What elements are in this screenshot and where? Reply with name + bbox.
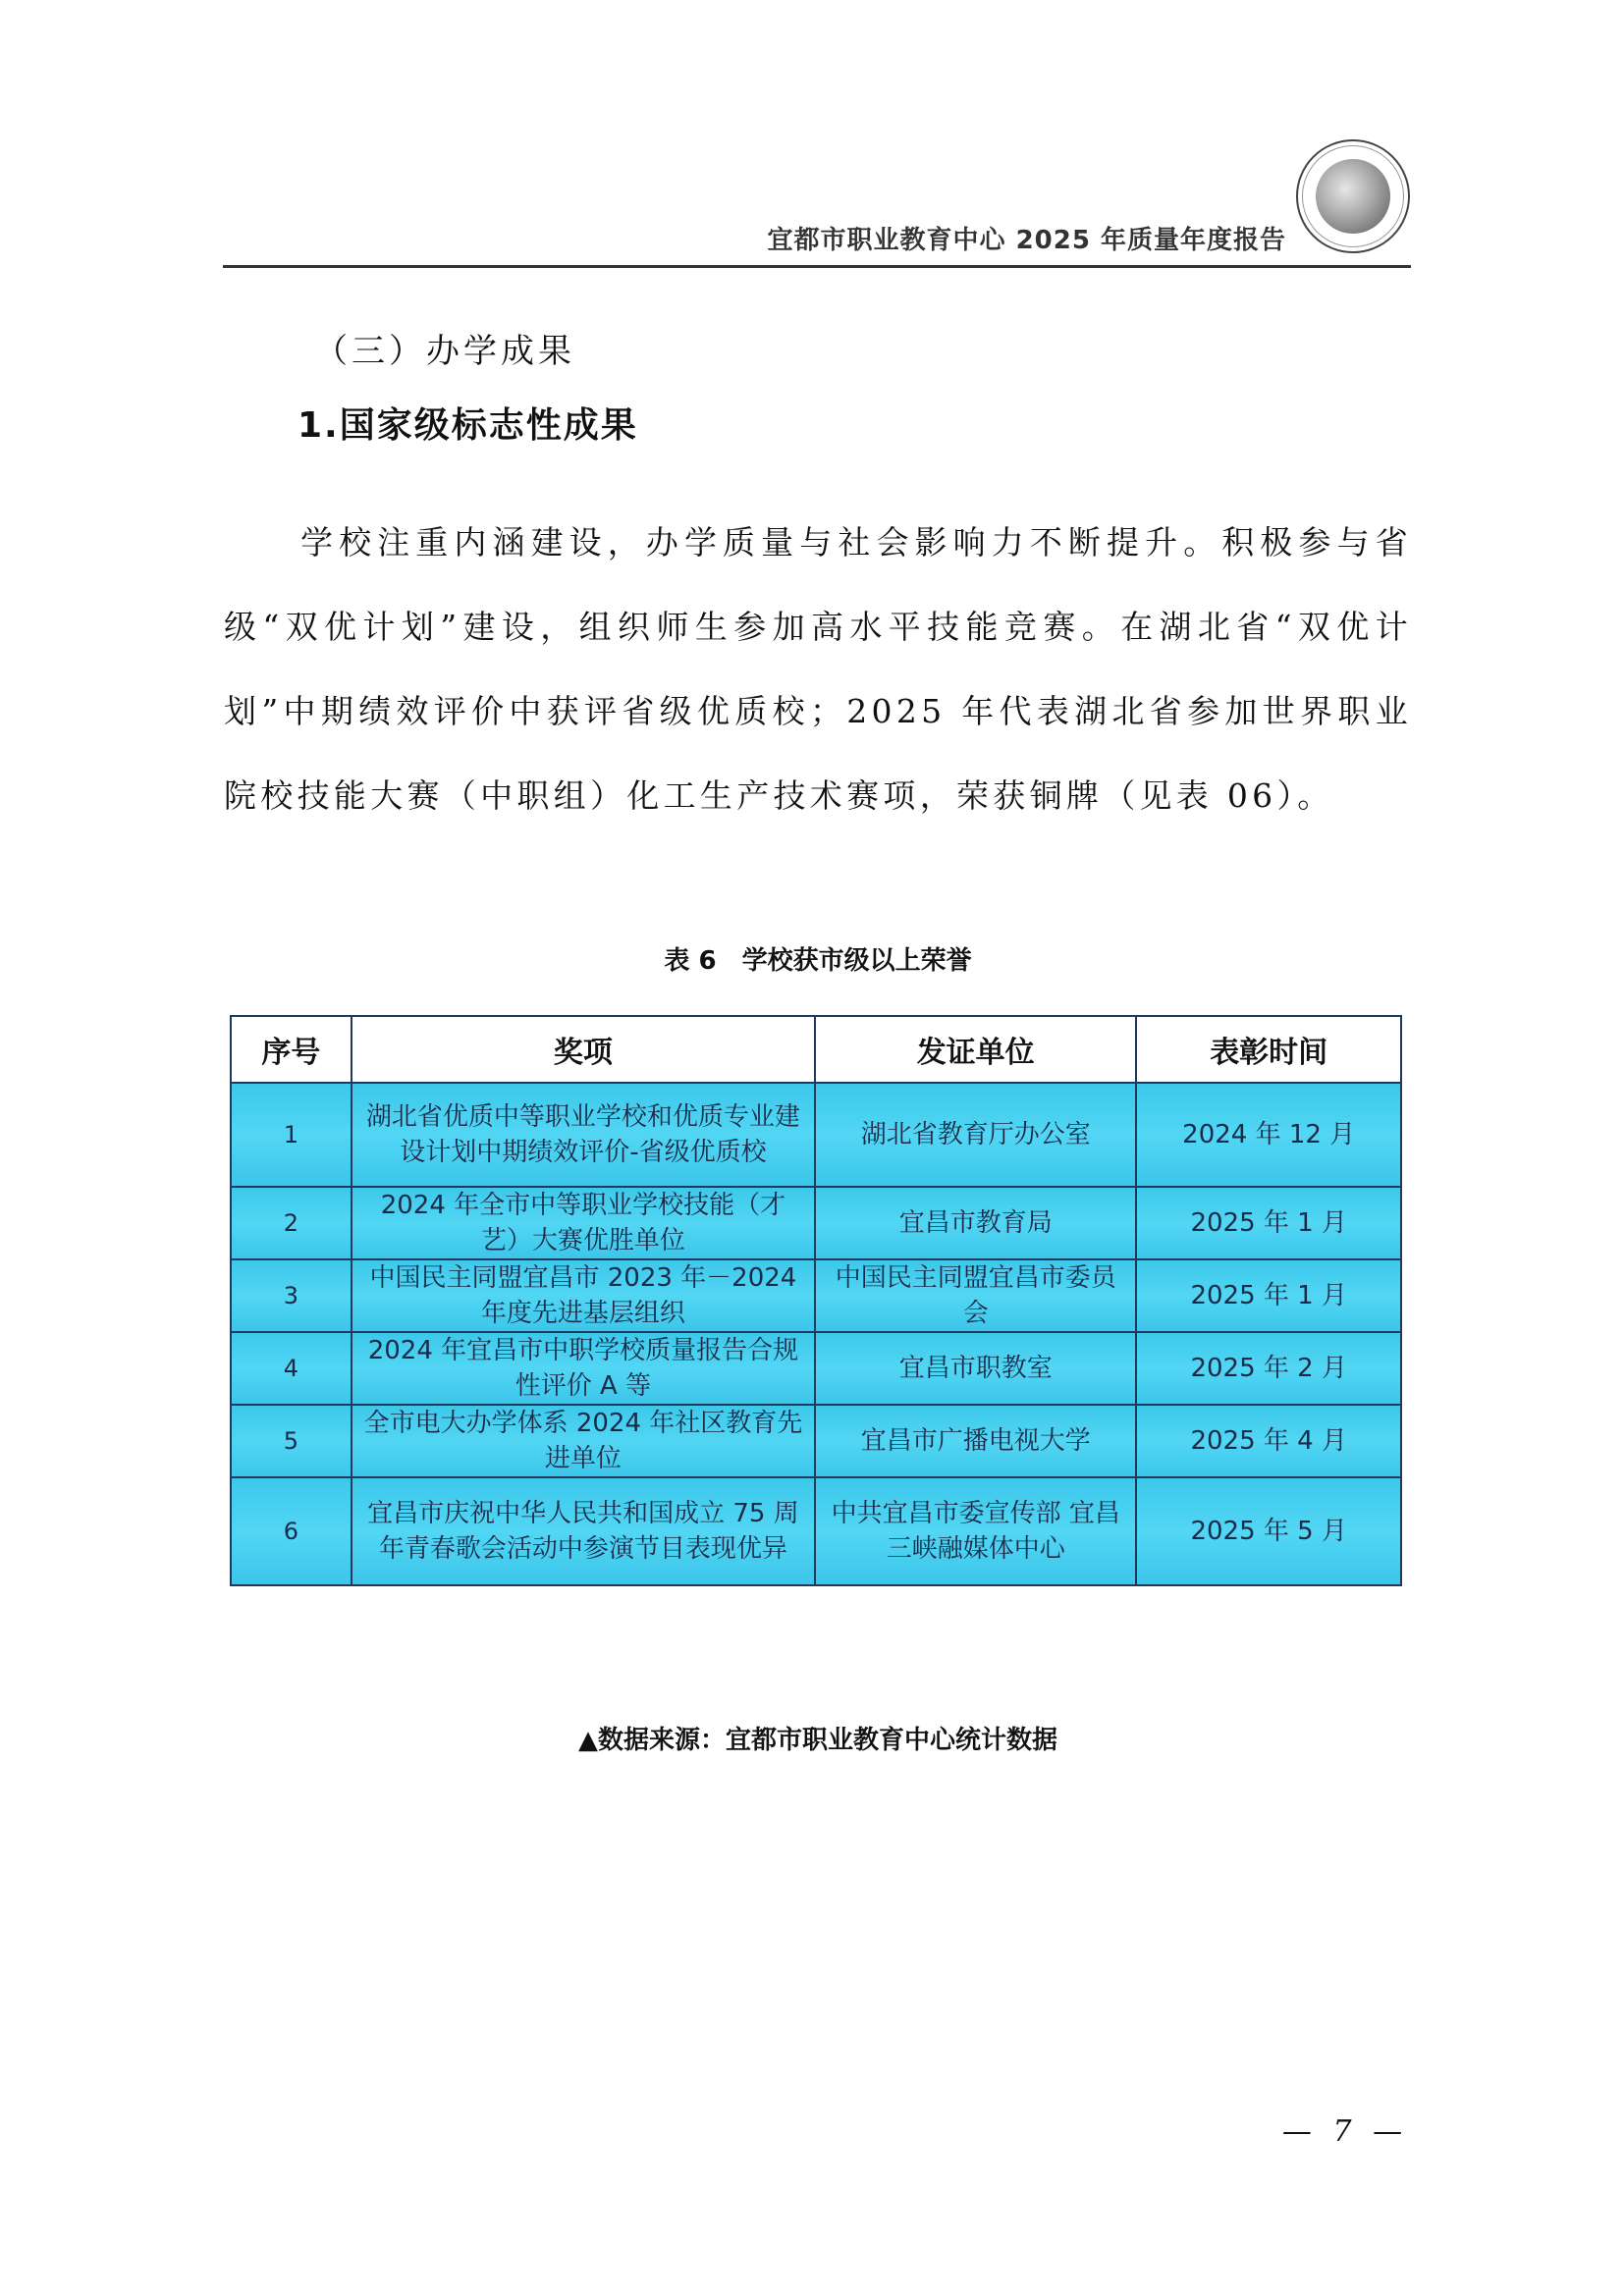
cell-date: 2025 年 4 月 — [1136, 1405, 1401, 1477]
cell-issuer: 中国民主同盟宜昌市委员会 — [815, 1259, 1136, 1332]
running-header-title: 宜都市职业教育中心 2025 年质量年度报告 — [687, 220, 1286, 256]
table-caption: 表 6 学校获市级以上荣誉 — [224, 940, 1412, 977]
cell-issuer: 宜昌市教育局 — [815, 1187, 1136, 1259]
cell-seq: 1 — [231, 1083, 352, 1187]
school-seal-icon — [1296, 139, 1410, 253]
cell-issuer: 湖北省教育厅办公室 — [815, 1083, 1136, 1187]
seal-center — [1316, 159, 1390, 234]
column-header-seq: 序号 — [231, 1016, 352, 1083]
cell-issuer: 中共宜昌市委宣传部 宜昌三峡融媒体中心 — [815, 1477, 1136, 1585]
table-row: 2 2024 年全市中等职业学校技能（才艺）大赛优胜单位 宜昌市教育局 2025… — [231, 1187, 1401, 1259]
cell-seq: 4 — [231, 1332, 352, 1405]
column-header-date: 表彰时间 — [1136, 1016, 1401, 1083]
table-row: 3 中国民主同盟宜昌市 2023 年－2024 年度先进基层组织 中国民主同盟宜… — [231, 1259, 1401, 1332]
column-header-award: 奖项 — [352, 1016, 815, 1083]
cell-seq: 2 — [231, 1187, 352, 1259]
table-row: 6 宜昌市庆祝中华人民共和国成立 75 周年青春歌会活动中参演节目表现优异 中共… — [231, 1477, 1401, 1585]
cell-award: 全市电大办学体系 2024 年社区教育先进单位 — [352, 1405, 815, 1477]
cell-award: 2024 年宜昌市中职学校质量报告合规性评价 A 等 — [352, 1332, 815, 1405]
cell-seq: 5 — [231, 1405, 352, 1477]
cell-date: 2025 年 2 月 — [1136, 1332, 1401, 1405]
body-paragraph: 学校注重内涵建设，办学质量与社会影响力不断提升。积极参与省级“双优计划”建设，组… — [224, 501, 1412, 838]
honors-table: 序号 奖项 发证单位 表彰时间 1 湖北省优质中等职业学校和优质专业建设计划中期… — [230, 1015, 1402, 1586]
subsection-heading: 1.国家级标志性成果 — [298, 398, 638, 448]
table-header-row: 序号 奖项 发证单位 表彰时间 — [231, 1016, 1401, 1083]
cell-award: 宜昌市庆祝中华人民共和国成立 75 周年青春歌会活动中参演节目表现优异 — [352, 1477, 815, 1585]
table-row: 5 全市电大办学体系 2024 年社区教育先进单位 宜昌市广播电视大学 2025… — [231, 1405, 1401, 1477]
cell-date: 2025 年 5 月 — [1136, 1477, 1401, 1585]
cell-seq: 6 — [231, 1477, 352, 1585]
page-number: — 7 — — [1276, 2114, 1414, 2149]
cell-issuer: 宜昌市职教室 — [815, 1332, 1136, 1405]
cell-date: 2025 年 1 月 — [1136, 1259, 1401, 1332]
column-header-issuer: 发证单位 — [815, 1016, 1136, 1083]
section-heading: （三）办学成果 — [314, 324, 575, 372]
cell-award: 湖北省优质中等职业学校和优质专业建设计划中期绩效评价-省级优质校 — [352, 1083, 815, 1187]
cell-award: 中国民主同盟宜昌市 2023 年－2024 年度先进基层组织 — [352, 1259, 815, 1332]
table-row: 4 2024 年宜昌市中职学校质量报告合规性评价 A 等 宜昌市职教室 2025… — [231, 1332, 1401, 1405]
cell-issuer: 宜昌市广播电视大学 — [815, 1405, 1136, 1477]
cell-date: 2024 年 12 月 — [1136, 1083, 1401, 1187]
data-source-note: ▲数据来源：宜都市职业教育中心统计数据 — [224, 1720, 1412, 1756]
header-divider — [223, 265, 1411, 268]
cell-date: 2025 年 1 月 — [1136, 1187, 1401, 1259]
table-row: 1 湖北省优质中等职业学校和优质专业建设计划中期绩效评价-省级优质校 湖北省教育… — [231, 1083, 1401, 1187]
cell-seq: 3 — [231, 1259, 352, 1332]
cell-award: 2024 年全市中等职业学校技能（才艺）大赛优胜单位 — [352, 1187, 815, 1259]
